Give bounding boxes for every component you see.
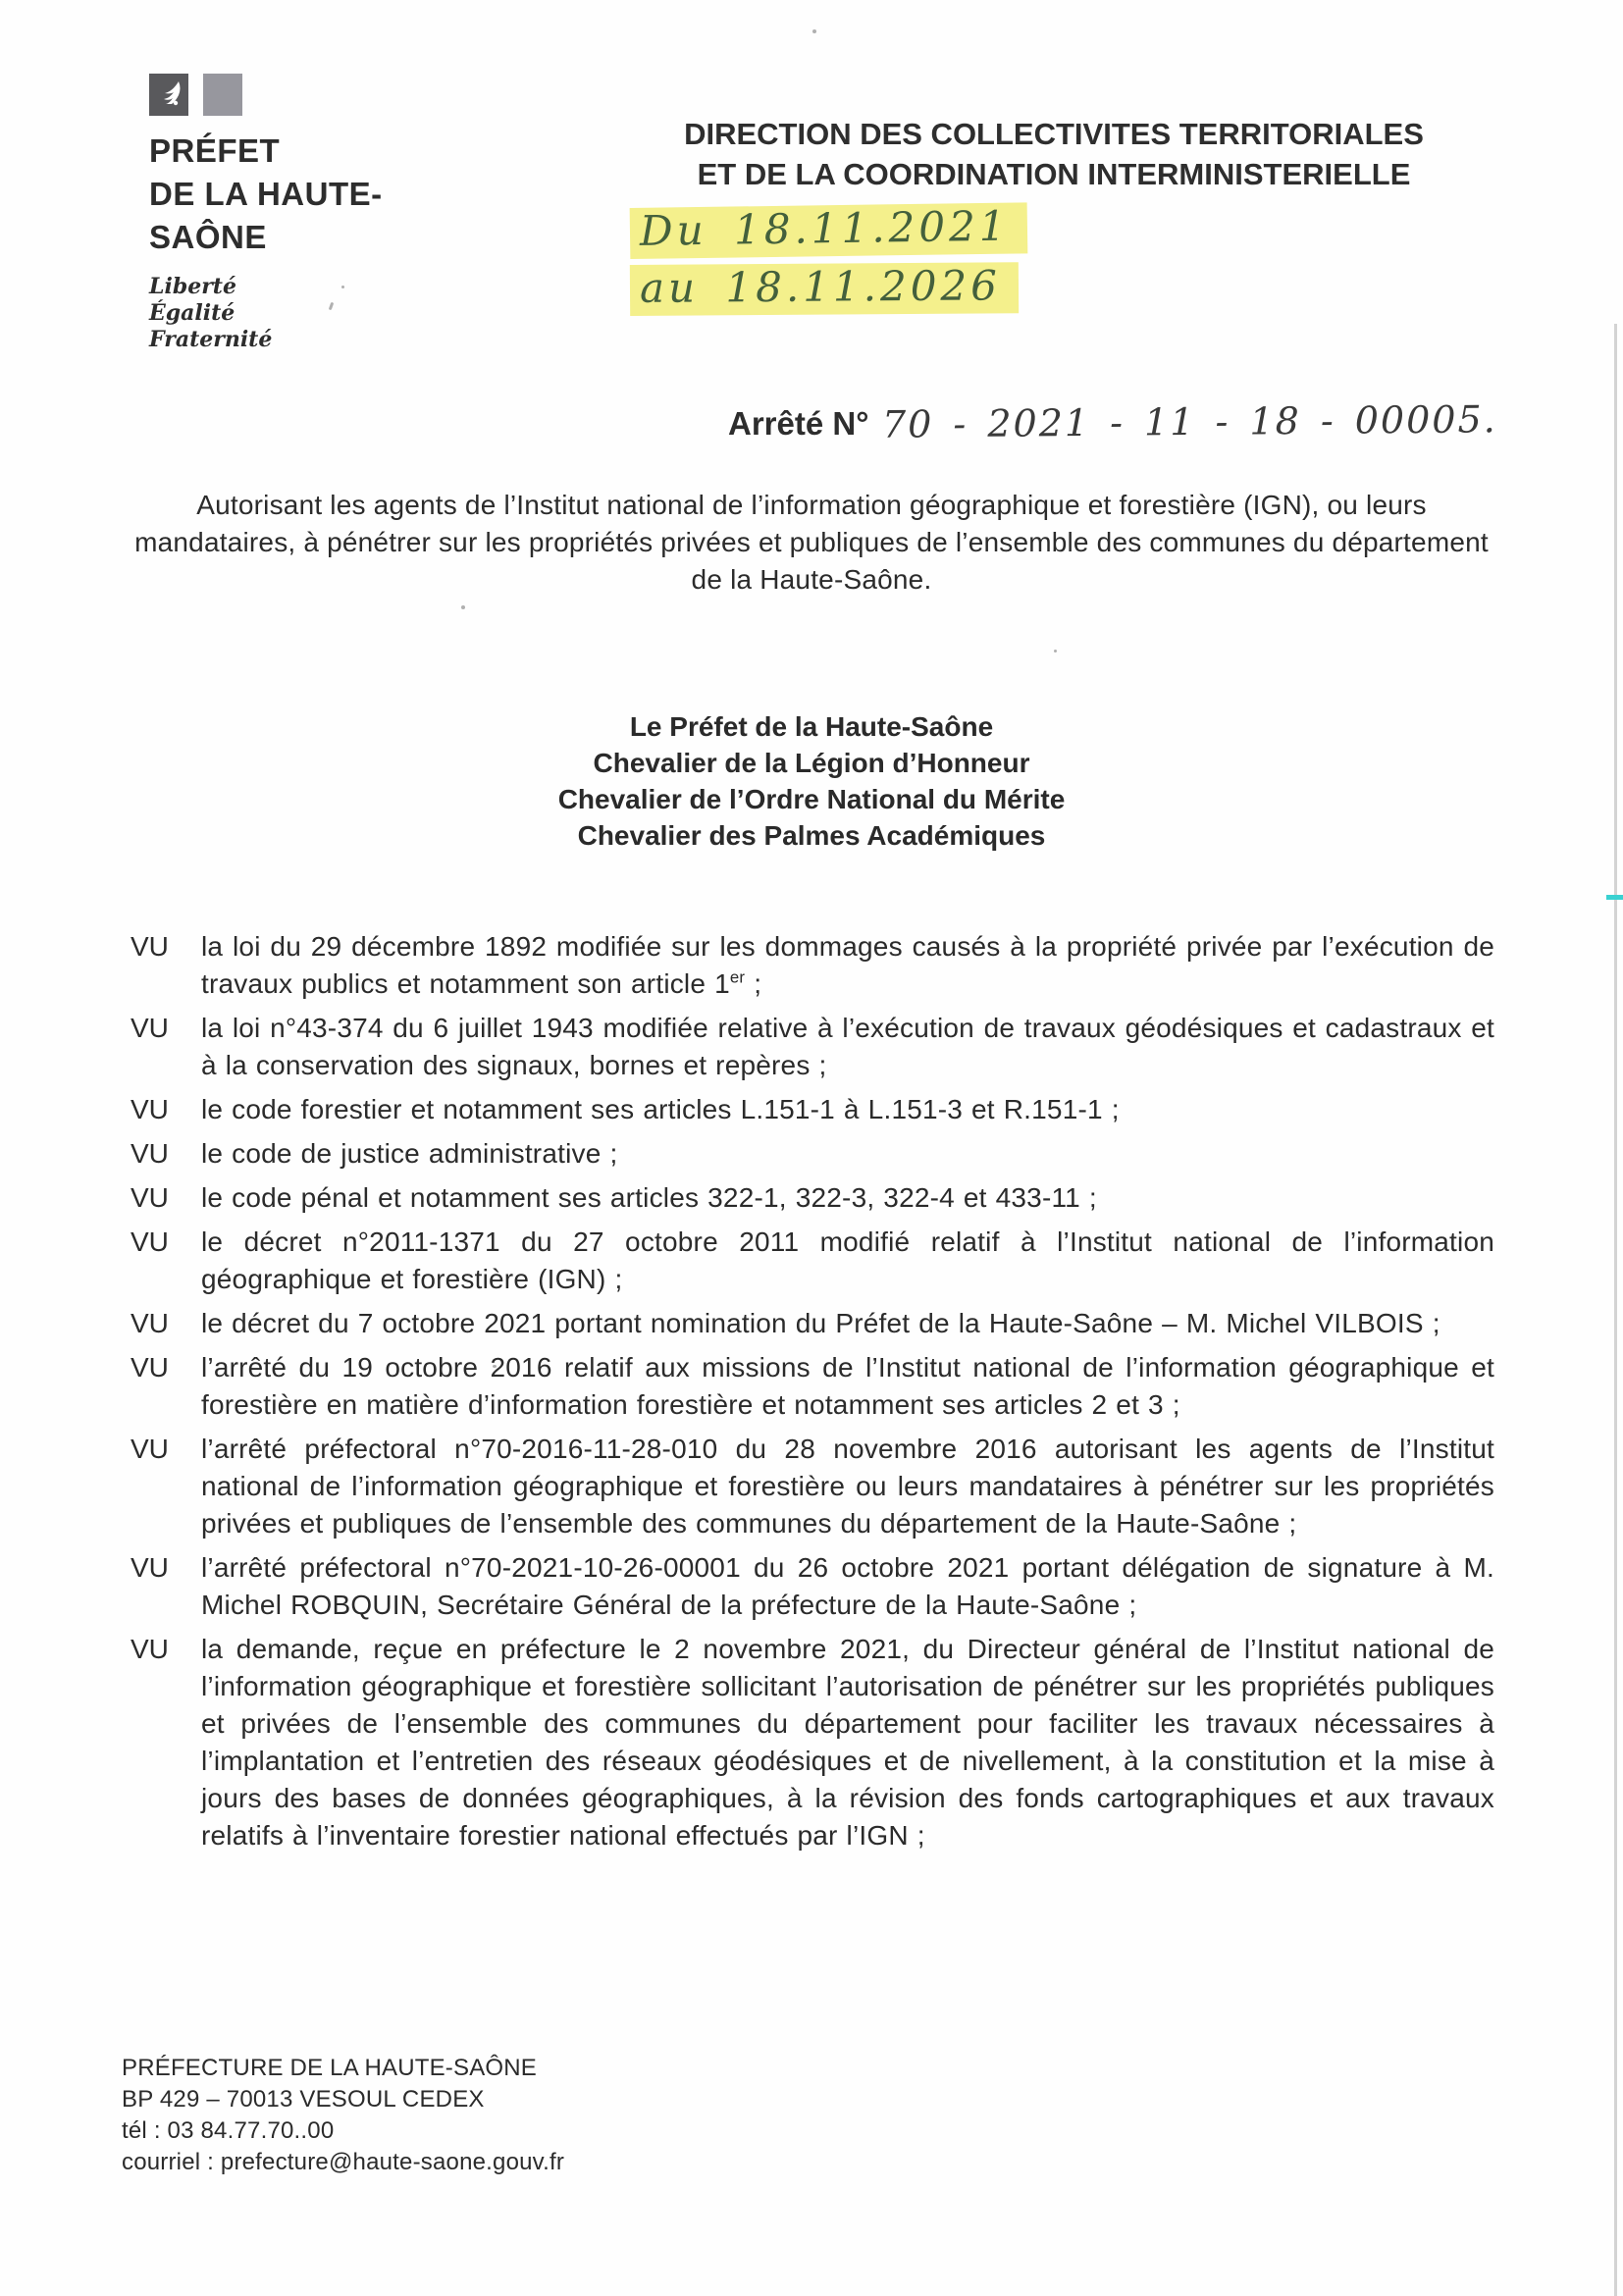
- republic-motto: Liberté Égalité Fraternité: [149, 274, 383, 353]
- scan-cyan-mark: [1606, 895, 1623, 900]
- vu-label: VU: [131, 1091, 201, 1128]
- agency-name-line: SAÔNE: [149, 216, 383, 259]
- highlighted-date-to: au 18.11.2026: [630, 262, 1019, 316]
- vu-text: le code de justice administrative ;: [201, 1135, 1494, 1173]
- vu-clauses: VU la loi du 29 décembre 1892 modifiée s…: [131, 928, 1494, 1861]
- vu-label: VU: [131, 1179, 201, 1217]
- handwritten-arrete-number: 70 - 2021 - 11 - 18 - 00005.: [882, 397, 1497, 445]
- vu-clause: VU l’arrêté préfectoral n°70-2021-10-26-…: [131, 1549, 1494, 1624]
- document-page: PRÉFET DE LA HAUTE- SAÔNE Liberté Égalit…: [0, 0, 1623, 2296]
- vu-clause: VU le décret du 7 octobre 2021 portant n…: [131, 1305, 1494, 1342]
- vu-text: le décret n°2011-1371 du 27 octobre 2011…: [201, 1224, 1494, 1298]
- vu-clause: VU l’arrêté préfectoral n°70-2016-11-28-…: [131, 1431, 1494, 1542]
- vu-label: VU: [131, 1349, 201, 1424]
- department-header-line: DIRECTION DES COLLECTIVITES TERRITORIALE…: [616, 114, 1492, 154]
- vu-text: la loi n°43-374 du 6 juillet 1943 modifi…: [201, 1010, 1494, 1084]
- highlighted-date-from: Du 18.11.2021: [630, 202, 1027, 259]
- logo-square-icon: [203, 74, 242, 116]
- vu-clause: VU la loi du 29 décembre 1892 modifiée s…: [131, 928, 1494, 1003]
- footer-line: courriel : prefecture@haute-saone.gouv.f…: [122, 2147, 564, 2178]
- scan-speck: [461, 605, 465, 609]
- motto-line: Égalité: [149, 300, 383, 327]
- vu-label: VU: [131, 1431, 201, 1542]
- agency-name-line: PRÉFET: [149, 130, 383, 173]
- agency-name-line: DE LA HAUTE-: [149, 173, 383, 216]
- gov-logo-block: PRÉFET DE LA HAUTE- SAÔNE Liberté Égalit…: [149, 74, 383, 353]
- handwritten-date-to: au 18.11.2026: [640, 261, 1001, 312]
- vu-text: la demande, reçue en préfecture le 2 nov…: [201, 1631, 1494, 1854]
- marianne-logo-icon: [149, 74, 188, 116]
- vu-text-segment: la loi du 29 décembre 1892 modifiée sur …: [201, 931, 1494, 999]
- vu-text-segment: ;: [745, 968, 761, 999]
- vu-label: VU: [131, 1305, 201, 1342]
- footer-line: BP 429 – 70013 VESOUL CEDEX: [122, 2084, 564, 2115]
- document-title: Autorisant les agents de l’Institut nati…: [126, 487, 1497, 599]
- scan-speck: [1054, 650, 1057, 652]
- vu-clause: VU le code pénal et notamment ses articl…: [131, 1179, 1494, 1217]
- footer-contact: PRÉFECTURE DE LA HAUTE-SAÔNE BP 429 – 70…: [122, 2053, 564, 2178]
- motto-line: Fraternité: [149, 327, 383, 353]
- vu-text: l’arrêté préfectoral n°70-2016-11-28-010…: [201, 1431, 1494, 1542]
- vu-text: le code forestier et notamment ses artic…: [201, 1091, 1494, 1128]
- vu-text: l’arrêté du 19 octobre 2016 relatif aux …: [201, 1349, 1494, 1424]
- vu-clause: VU l’arrêté du 19 octobre 2016 relatif a…: [131, 1349, 1494, 1424]
- department-header: DIRECTION DES COLLECTIVITES TERRITORIALE…: [616, 114, 1492, 194]
- footer-line: tél : 03 84.77.70..00: [122, 2115, 564, 2147]
- arrete-label: Arrêté N°: [728, 405, 868, 443]
- scan-speck: [812, 29, 816, 33]
- issuer-line: Chevalier des Palmes Académiques: [128, 817, 1495, 854]
- vu-text-superscript: er: [730, 968, 745, 987]
- handwritten-date-from: Du 18.11.2021: [640, 202, 1010, 255]
- footer-line: PRÉFECTURE DE LA HAUTE-SAÔNE: [122, 2053, 564, 2084]
- vu-label: VU: [131, 1631, 201, 1854]
- vu-clause: VU la loi n°43-374 du 6 juillet 1943 mod…: [131, 1010, 1494, 1084]
- vu-clause: VU le décret n°2011-1371 du 27 octobre 2…: [131, 1224, 1494, 1298]
- vu-text: la loi du 29 décembre 1892 modifiée sur …: [201, 928, 1494, 1003]
- issuer-line: Chevalier de l’Ordre National du Mérite: [128, 781, 1495, 817]
- department-header-line: ET DE LA COORDINATION INTERMINISTERIELLE: [616, 154, 1492, 194]
- motto-line: Liberté: [149, 274, 383, 300]
- logo-squares: [149, 74, 383, 116]
- vu-label: VU: [131, 1135, 201, 1173]
- vu-label: VU: [131, 1549, 201, 1624]
- issuer-titles: Le Préfet de la Haute-Saône Chevalier de…: [128, 708, 1495, 854]
- vu-text: le décret du 7 octobre 2021 portant nomi…: [201, 1305, 1494, 1342]
- vu-label: VU: [131, 928, 201, 1003]
- vu-text: le code pénal et notamment ses articles …: [201, 1179, 1494, 1217]
- scan-edge-line: [1614, 324, 1617, 2296]
- issuer-line: Le Préfet de la Haute-Saône: [128, 708, 1495, 745]
- validity-dates: Du 18.11.2021 au 18.11.2026: [630, 208, 1027, 322]
- arrete-number-line: Arrêté N° 70 - 2021 - 11 - 18 - 00005.: [728, 400, 1497, 444]
- vu-clause: VU la demande, reçue en préfecture le 2 …: [131, 1631, 1494, 1854]
- vu-clause: VU le code de justice administrative ;: [131, 1135, 1494, 1173]
- vu-label: VU: [131, 1010, 201, 1084]
- issuer-line: Chevalier de la Légion d’Honneur: [128, 745, 1495, 781]
- vu-text: l’arrêté préfectoral n°70-2021-10-26-000…: [201, 1549, 1494, 1624]
- agency-name: PRÉFET DE LA HAUTE- SAÔNE: [149, 130, 383, 259]
- vu-label: VU: [131, 1224, 201, 1298]
- vu-clause: VU le code forestier et notamment ses ar…: [131, 1091, 1494, 1128]
